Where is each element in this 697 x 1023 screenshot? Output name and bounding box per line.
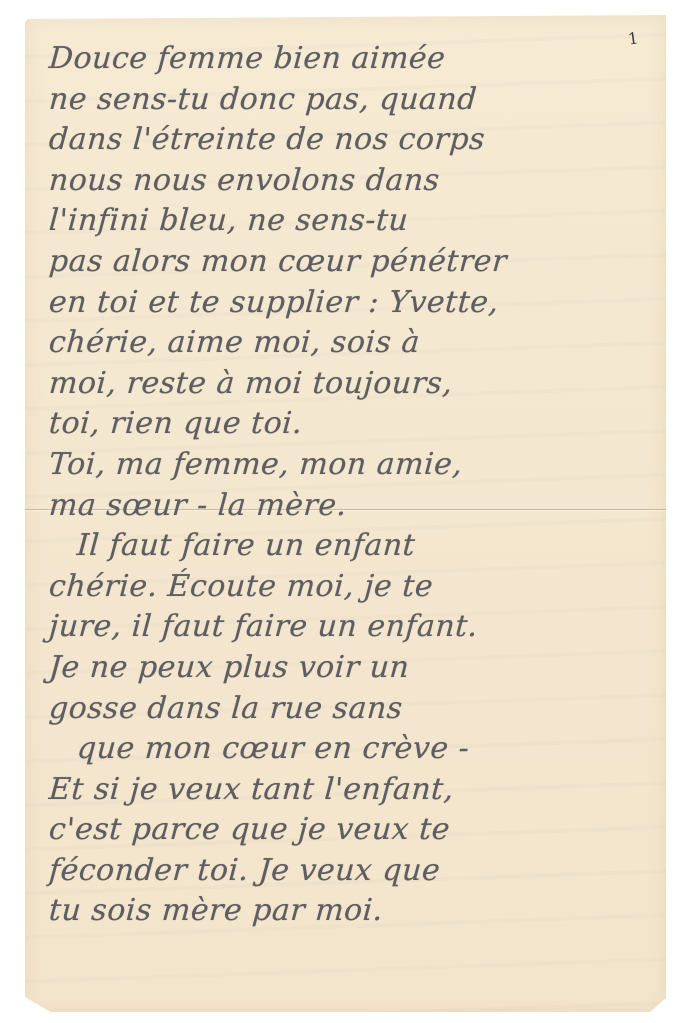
- text-line: dans l'étreinte de nos corps: [48, 120, 663, 161]
- text-line: Et si je veux tant l'enfant,: [48, 770, 663, 811]
- text-line: Toi, ma femme, mon amie,: [48, 445, 663, 486]
- text-line: l'infini bleu, ne sens-tu: [48, 201, 663, 242]
- letter-body: Douce femme bien aimée ne sens-tu donc p…: [49, 39, 661, 932]
- text-line: féconder toi. Je veux que: [48, 851, 663, 892]
- text-line: moi, reste à moi toujours,: [48, 364, 663, 405]
- text-line: nous nous envolons dans: [48, 161, 663, 202]
- text-line: chérie, aime moi, sois à: [48, 323, 663, 364]
- text-line: tu sois mère par moi.: [48, 891, 663, 932]
- text-line: ma sœur - la mère.: [48, 486, 663, 527]
- text-line: Douce femme bien aimée: [48, 39, 663, 80]
- text-line: gosse dans la rue sans: [48, 689, 663, 730]
- text-line: que mon cœur en crève -: [48, 729, 663, 770]
- text-line: Je ne peux plus voir un: [48, 648, 663, 689]
- text-line: c'est parce que je veux te: [48, 810, 663, 851]
- text-line: toi, rien que toi.: [48, 404, 663, 445]
- text-line: en toi et te supplier : Yvette,: [48, 283, 663, 324]
- text-line: pas alors mon cœur pénétrer: [48, 242, 663, 283]
- text-line: jure, il faut faire un enfant.: [48, 607, 663, 648]
- text-line: Il faut faire un enfant: [48, 526, 663, 567]
- letter-page: 1 Douce femme bien aimée ne sens-tu donc…: [25, 15, 666, 1012]
- text-line: ne sens-tu donc pas, quand: [48, 80, 663, 121]
- text-line: chérie. Écoute moi, je te: [48, 567, 663, 608]
